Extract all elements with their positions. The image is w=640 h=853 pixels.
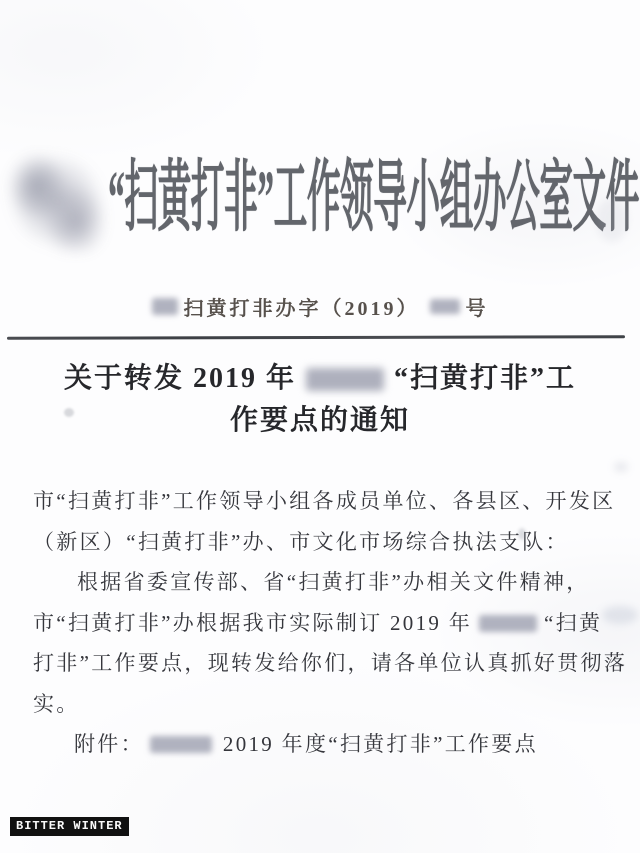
- paragraph-line-2: 市“扫黄打非”办根据我市实际制订 2019 年“扫黄: [33, 603, 613, 644]
- document-body: 市“扫黄打非”工作领导小组各成员单位、各县区、开发区 （新区）“扫黄打非”办、市…: [33, 481, 613, 765]
- paragraph-line-4: 实。: [33, 684, 613, 725]
- title-redaction-blur: [306, 368, 384, 391]
- scanned-document-page: “扫黄打非”工作领导小组办公室文件 扫黄打非办字（2019） 号 关于转发 20…: [0, 0, 640, 853]
- scan-smudge: [614, 462, 628, 472]
- paragraph-line-1: 根据省委宣传部、省“扫黄打非”办相关文件精神，: [33, 562, 613, 603]
- salutation-line-2: （新区）“扫黄打非”办、市文化市场综合执法支队：: [33, 522, 613, 563]
- attachment-line: 附件：2019 年度“扫黄打非”工作要点: [33, 724, 613, 765]
- document-title: 关于转发 2019 年 “扫黄打非”工 作要点的通知: [0, 358, 640, 442]
- document-title-line2: 作要点的通知: [0, 400, 640, 442]
- paragraph-line-2-pre: 市“扫黄打非”办根据我市实际制订 2019 年: [33, 611, 472, 635]
- salutation-line-1: 市“扫黄打非”工作领导小组各成员单位、各县区、开发区: [33, 481, 613, 522]
- paragraph-line-2-post: “扫黄: [544, 611, 602, 635]
- doc-number-redaction-serial: [430, 299, 460, 314]
- attachment-label: 附件：: [74, 732, 144, 756]
- bitter-winter-watermark-badge: BITTER WINTER: [10, 817, 129, 836]
- attachment-text: 2019 年度“扫黄打非”工作要点: [223, 732, 538, 756]
- doc-number-redaction-prefix: [152, 298, 178, 315]
- doc-number-text: 扫黄打非办字（2019）: [184, 292, 420, 321]
- header-divider-rule: [7, 335, 625, 340]
- masthead-redaction-blur: [8, 150, 105, 252]
- masthead-title: “扫黄打非”工作领导小组办公室文件: [108, 148, 639, 249]
- doc-number-suffix: 号: [466, 292, 489, 321]
- document-title-line1: 关于转发 2019 年 “扫黄打非”工: [0, 358, 640, 400]
- title-line1-pre: 关于转发 2019 年: [64, 358, 296, 400]
- title-line1-post: “扫黄打非”工: [394, 358, 576, 400]
- body-redaction-blur: [479, 615, 537, 632]
- paragraph-line-3: 打非”工作要点，现转发给你们，请各单位认真抓好贯彻落: [33, 643, 613, 684]
- doc-number-line: 扫黄打非办字（2019） 号: [0, 290, 640, 322]
- attachment-redaction-blur: [150, 736, 212, 753]
